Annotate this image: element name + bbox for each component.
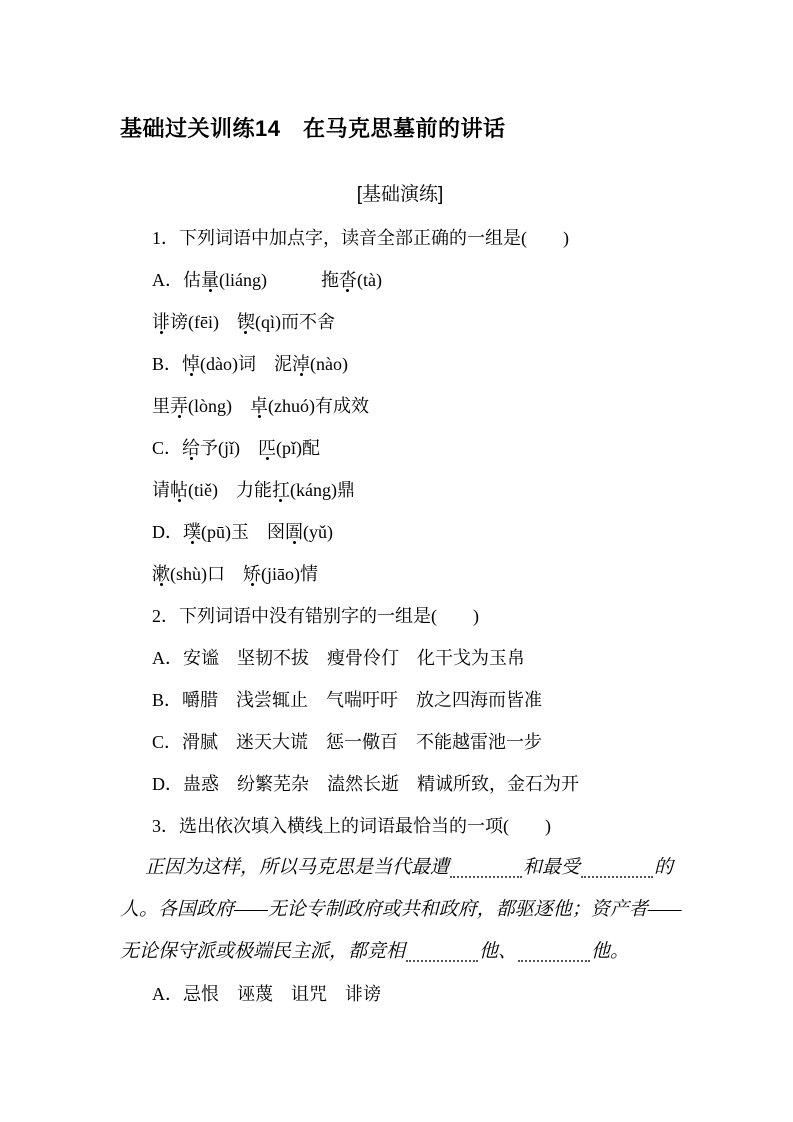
emphasis-dot-char: 弄 <box>170 396 188 416</box>
emphasis-dot-char: 帖 <box>170 480 188 500</box>
q2-option-d: D．蛊惑 纷繁芜杂 溘然长逝 精诚所致，金石为开 <box>120 763 680 805</box>
q1-option-b-line2: 里弄(lòng) 卓(zhuó)有成效 <box>120 385 680 427</box>
emphasis-dot-char: 匹 <box>258 438 276 458</box>
emphasis-dot-char: 圄 <box>285 522 303 542</box>
emphasis-dot-char: 悼 <box>182 354 200 374</box>
emphasis-dot-char: 矫 <box>243 564 261 584</box>
emphasis-dot-char: 卓 <box>250 396 268 416</box>
q1-stem: 1．下列词语中加点字，读音全部正确的一组是( ) <box>120 217 680 259</box>
q1-option-a-line1: A．估量(liáng) 拖沓(tà) <box>120 259 680 301</box>
document-content: 基础过关训练14 在马克思墓前的讲话 [基础演练] 1．下列词语中加点字，读音全… <box>120 116 680 1015</box>
emphasis-dot-char: 扛 <box>272 480 290 500</box>
q2-stem: 2．下列词语中没有错别字的一组是( ) <box>120 595 680 637</box>
q1-option-a-line2: 诽谤(fēi) 锲(qì)而不舍 <box>120 301 680 343</box>
emphasis-dot-char: 锲 <box>237 312 255 332</box>
q1-option-c-line2: 请帖(tiě) 力能扛(káng)鼎 <box>120 469 680 511</box>
document-page: 基础过关训练14 在马克思墓前的讲话 [基础演练] 1．下列词语中加点字，读音全… <box>0 0 793 1122</box>
q1-option-c-line1: C．给予(jǐ) 匹(pǐ)配 <box>120 427 680 469</box>
emphasis-dot-char: 诽 <box>152 312 170 332</box>
q1-option-d-line1: D．璞(pū)玉 囹圄(yǔ) <box>120 511 680 553</box>
q2-option-b: B．嚼腊 浅尝辄止 气喘吁吁 放之四海而皆准 <box>120 679 680 721</box>
q1-option-d-line2: 漱(shù)口 矫(jiāo)情 <box>120 553 680 595</box>
q3-option-a: A．忌恨 诬蔑 诅咒 诽谤 <box>120 973 680 1015</box>
q1-option-b-line1: B．悼(dào)词 泥淖(nào) <box>120 343 680 385</box>
answer-blank <box>581 860 653 878</box>
q2-option-c: C．滑腻 迷天大谎 惩一儆百 不能越雷池一步 <box>120 721 680 763</box>
answer-blank <box>518 944 590 962</box>
q3-paragraph-line: 无论保守派或极端民主派，都竞相他、他。 <box>120 931 680 973</box>
q3-paragraph-line: 正因为这样，所以马克思是当代最遭和最受的 <box>120 847 680 889</box>
q2-option-a: A．安谧 坚韧不拔 瘦骨伶仃 化干戈为玉帛 <box>120 637 680 679</box>
emphasis-dot-char: 给 <box>182 438 200 458</box>
emphasis-dot-char: 沓 <box>339 270 357 290</box>
q3-stem: 3．选出依次填入横线上的词语最恰当的一项( ) <box>120 805 680 847</box>
answer-blank <box>450 860 522 878</box>
question-lines: 1．下列词语中加点字，读音全部正确的一组是( ) A．估量(liáng) 拖沓(… <box>120 217 680 1015</box>
page-title: 基础过关训练14 在马克思墓前的讲话 <box>120 116 680 142</box>
section-header: [基础演练] <box>120 183 680 207</box>
emphasis-dot-char: 璞 <box>183 522 201 542</box>
emphasis-dot-char: 漱 <box>152 564 170 584</box>
emphasis-dot-char: 量 <box>201 270 219 290</box>
answer-blank <box>406 944 478 962</box>
q3-paragraph-line: 人。各国政府——无论专制政府或共和政府，都驱逐他；资产者—— <box>120 889 680 931</box>
emphasis-dot-char: 淖 <box>292 354 310 374</box>
